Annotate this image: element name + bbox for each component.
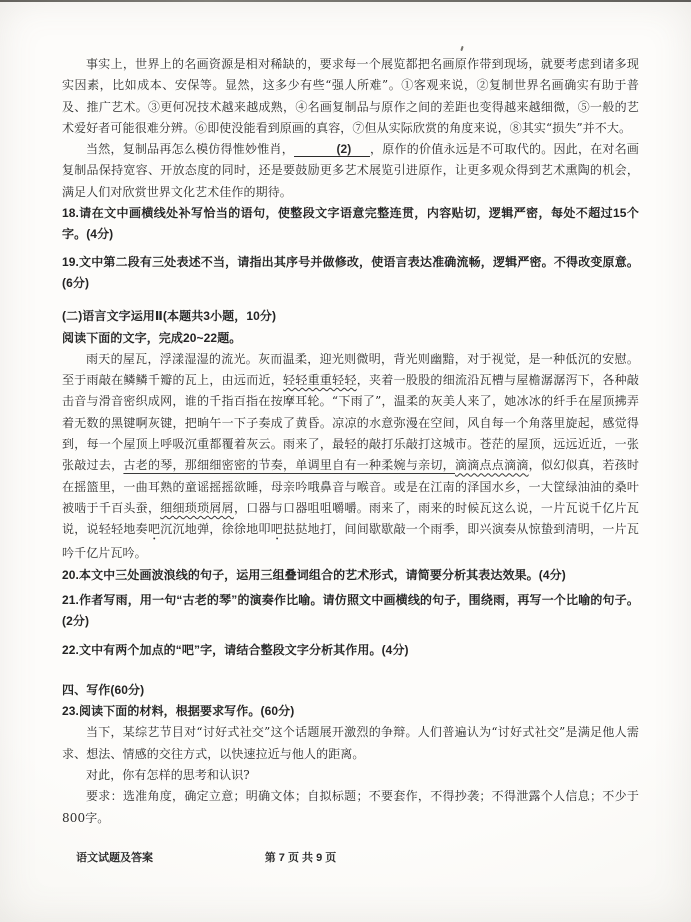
passage2-paragraph: 雨天的屋瓦，浮漾湿湿的流光。灰而温柔，迎光则微明，背光则幽黯，对于视觉，是一种低… bbox=[62, 349, 639, 565]
footer-page-number: 第 7 页 共 9 页 bbox=[0, 849, 601, 865]
essay-material-question: 对此，你有怎样的思考和认识? bbox=[62, 765, 639, 786]
passage2-underlined-segment: 古老的琴，那细细密密的节奏，单调里自有一种柔婉与亲切， bbox=[123, 458, 455, 472]
passage2-wavy-segment-2: 滴滴点点滴滴 bbox=[455, 458, 529, 472]
page-footer: 语文试题及答案 第 7 页 共 9 页 bbox=[0, 849, 691, 869]
passage2-wavy-segment-1: 轻轻重重轻轻 bbox=[283, 373, 357, 387]
question-20: 20.本文中三处画波浪线的句子，运用三组叠词组合的艺术形式，请简要分析其表达效果… bbox=[62, 565, 639, 586]
essay-requirements: 要求：选准角度，确定立意；明确文体；自拟标题；不要套作，不得抄袭；不得泄露个人信… bbox=[62, 786, 639, 829]
exam-paper-page: 事实上，世界上的名画资源是相对稀缺的，要求每一个展览都把名画原作带到现场，就要考… bbox=[0, 0, 691, 922]
fill-in-blank-2: (2) bbox=[294, 142, 370, 157]
passage1-paragraph-2: 当然，复制品再怎么模仿得惟妙惟肖，(2)，原作的价值永远是不可取代的。因此，在对… bbox=[62, 139, 639, 203]
section-4-header: 四、写作(60分) bbox=[62, 680, 639, 701]
blank-2-label: (2) bbox=[336, 142, 351, 156]
essay-material-paragraph: 当下，某综艺节目对“讨好式社交”这个话题展开激烈的争辩。人们普遍认为“讨好式社交… bbox=[62, 722, 639, 765]
scan-top-edge bbox=[0, 0, 691, 2]
para2-text-before-blank: 当然，复制品再怎么模仿得惟妙惟肖， bbox=[86, 142, 294, 156]
question-19: 19.文中第二段有三处表述不当，请指出其序号并做修改，使语言表达准确流畅，逻辑严… bbox=[62, 252, 639, 295]
question-18: 18.请在文中画横线处补写恰当的语句，使整段文字语意完整连贯，内容贴切，逻辑严密… bbox=[62, 203, 639, 246]
question-21: 21.作者写雨，用一句“古老的琴”的演奏作比喻。请仿照文中画横线的句子，围绕雨，… bbox=[62, 590, 639, 633]
passage2-segment: 沉沉地弹，徐徐地叩 bbox=[160, 522, 271, 536]
question-23-intro: 23.阅读下面的材料，根据要求写作。(60分) bbox=[62, 701, 639, 722]
passage1-paragraph-1: 事实上，世界上的名画资源是相对稀缺的，要求每一个展览都把名画原作带到现场，就要考… bbox=[62, 54, 639, 139]
section-2-intro: 阅读下面的文字，完成20~22题。 bbox=[62, 328, 639, 349]
passage2-dotted-ba-2: 吧 bbox=[271, 522, 283, 536]
passage2-wavy-segment-3: 细细琐琐屑屑 bbox=[160, 501, 234, 515]
section-2-header: (二)语言文字运用Ⅱ(本题共3小题，10分) bbox=[62, 306, 639, 327]
passage2-dotted-ba-1: 吧 bbox=[148, 522, 160, 536]
page-content: 事实上，世界上的名画资源是相对稀缺的，要求每一个展览都把名画原作带到现场，就要考… bbox=[62, 54, 639, 829]
question-22: 22.文中有两个加点的“吧”字，请结合整段文字分析其作用。(4分) bbox=[62, 640, 639, 661]
scan-speck bbox=[460, 46, 463, 51]
